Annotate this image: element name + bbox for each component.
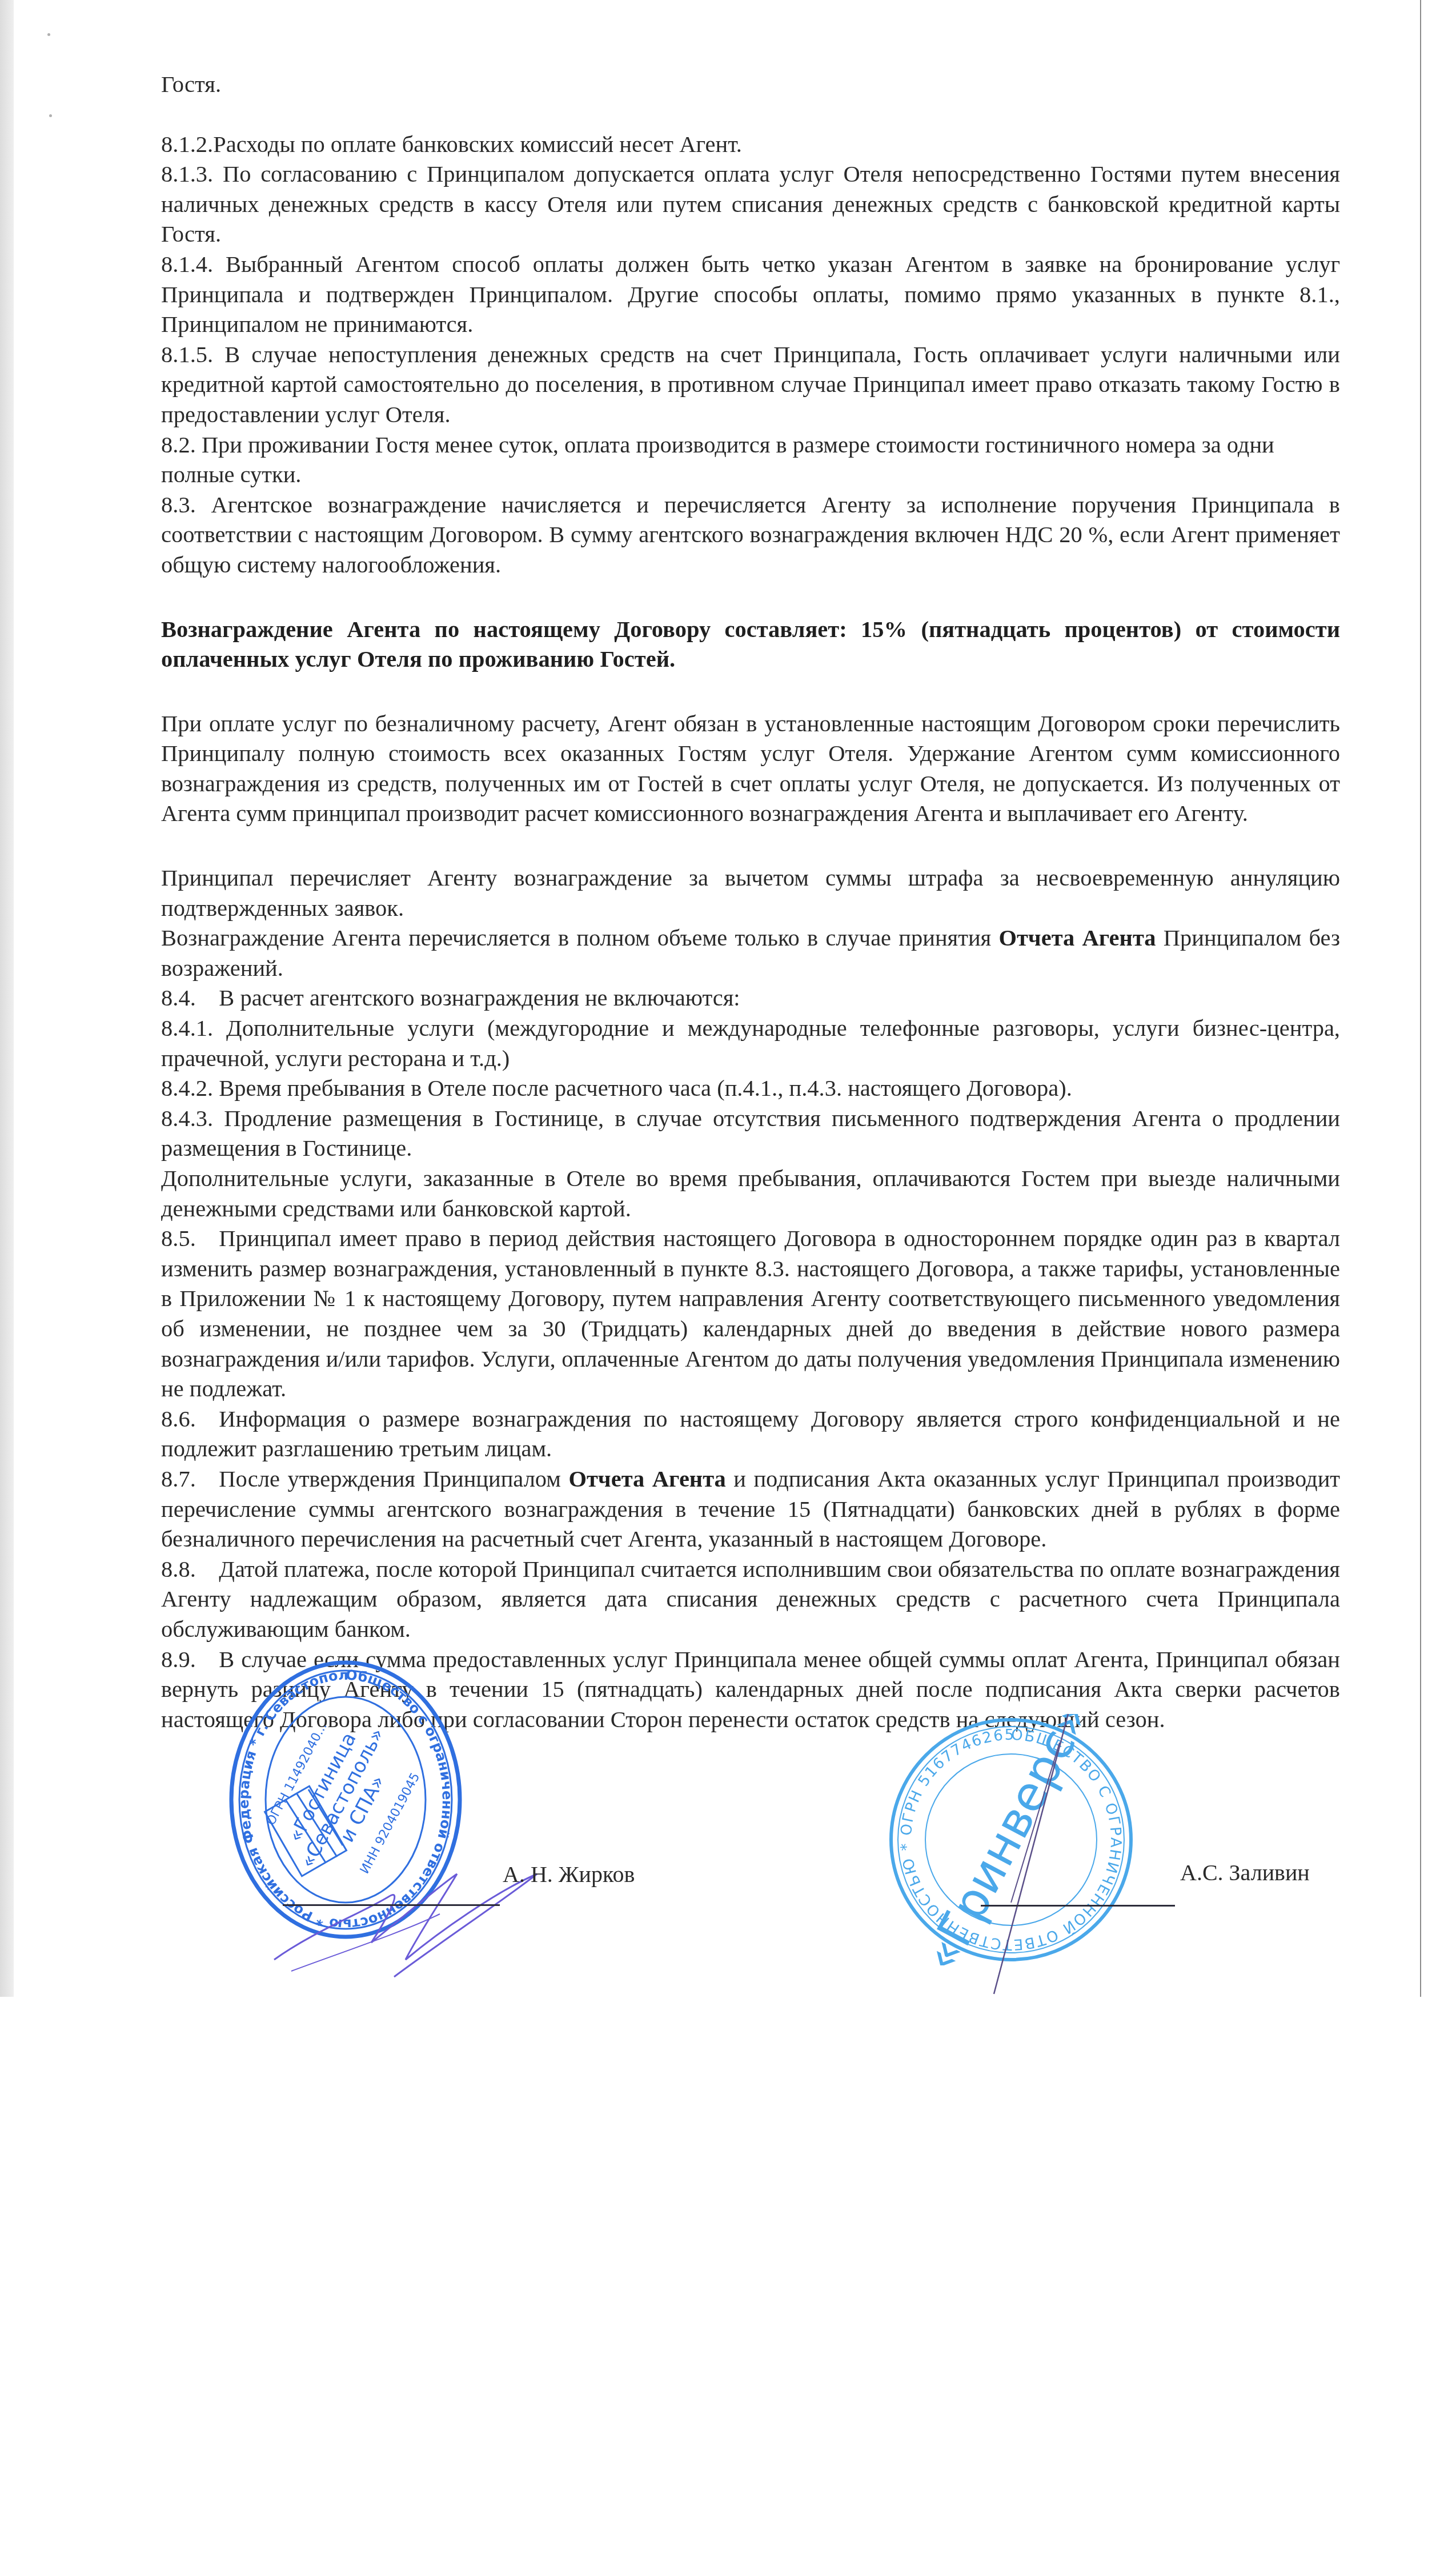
text-run: Вознаграждение Агента перечисляется в по… (161, 925, 998, 951)
page-border-line (1420, 0, 1421, 1997)
signature-line-agent (981, 1905, 1175, 1907)
text-run: 8.7. После утверждения Принципалом (161, 1466, 568, 1492)
commission-rate-bold: Вознаграждение Агента по настоящему Дого… (161, 615, 1340, 675)
contract-body: Гостя. 8.1.2.Расходы по оплате банковски… (161, 70, 1340, 1735)
agent-report-bold: Отчета Агента (568, 1466, 725, 1492)
scan-edge-shadow (0, 0, 14, 1997)
clause-8-2: 8.2. При проживании Гостя менее суток, о… (161, 430, 1332, 490)
paragraph-gap (161, 675, 1340, 709)
clause-8-4-2: 8.4.2. Время пребывания в Отеле после ра… (161, 1074, 1340, 1104)
signature-agent-icon (960, 1708, 1074, 2005)
signatory-agent-name: А.С. Заливин (1180, 1859, 1310, 1886)
clause-8-6: 8.6. Информация о размере вознаграждения… (161, 1404, 1340, 1464)
scan-speck (47, 33, 50, 36)
clause-8-4-1: 8.4.1. Дополнительные услуги (междугород… (161, 1014, 1340, 1074)
paragraph-gap (161, 580, 1340, 615)
clause-8-1-2: 8.1.2.Расходы по оплате банковских комис… (161, 130, 1340, 160)
full-amount-paragraph: Вознаграждение Агента перечисляется в по… (161, 923, 1340, 983)
clause-8-1-4: 8.1.4. Выбранный Агентом способ оплаты д… (161, 250, 1340, 340)
clause-8-5: 8.5. Принципал имеет право в период дейс… (161, 1224, 1340, 1404)
clause-8-3: 8.3. Агентское вознаграждение начисляетс… (161, 490, 1340, 580)
signature-line-principal (283, 1904, 500, 1906)
clause-8-7: 8.7. После утверждения Принципалом Отчет… (161, 1464, 1340, 1555)
scanned-page: Гостя. 8.1.2.Расходы по оплате банковски… (0, 0, 1456, 1997)
clause-8-4-3: 8.4.3. Продление размещения в Гостинице,… (161, 1104, 1340, 1164)
signature-principal-icon (268, 1863, 543, 1994)
clause-8-1-5: 8.1.5. В случае непоступления денежных с… (161, 340, 1340, 430)
signatory-principal-name: А. Н. Жирков (503, 1861, 635, 1888)
agent-report-bold: Отчета Агента (998, 925, 1156, 951)
extra-services-paragraph: Дополнительные услуги, заказанные в Отел… (161, 1164, 1340, 1224)
cashless-payment-paragraph: При оплате услуг по безналичному расчету… (161, 709, 1340, 829)
penalty-paragraph: Принципал перечисляет Агенту вознагражде… (161, 863, 1340, 923)
scan-speck (49, 114, 52, 117)
clause-8-4: 8.4. В расчет агентского вознаграждения … (161, 983, 1340, 1014)
commission-rate-text: Вознаграждение Агента по настоящему Дого… (161, 616, 1340, 672)
paragraph-gap (161, 829, 1340, 863)
clause-8-8: 8.8. Датой платежа, после которой Принци… (161, 1555, 1340, 1645)
clause-8-1-3: 8.1.3. По согласованию с Принципалом доп… (161, 159, 1340, 250)
paragraph: Гостя. (161, 70, 1340, 100)
paragraph-gap (161, 100, 1340, 130)
